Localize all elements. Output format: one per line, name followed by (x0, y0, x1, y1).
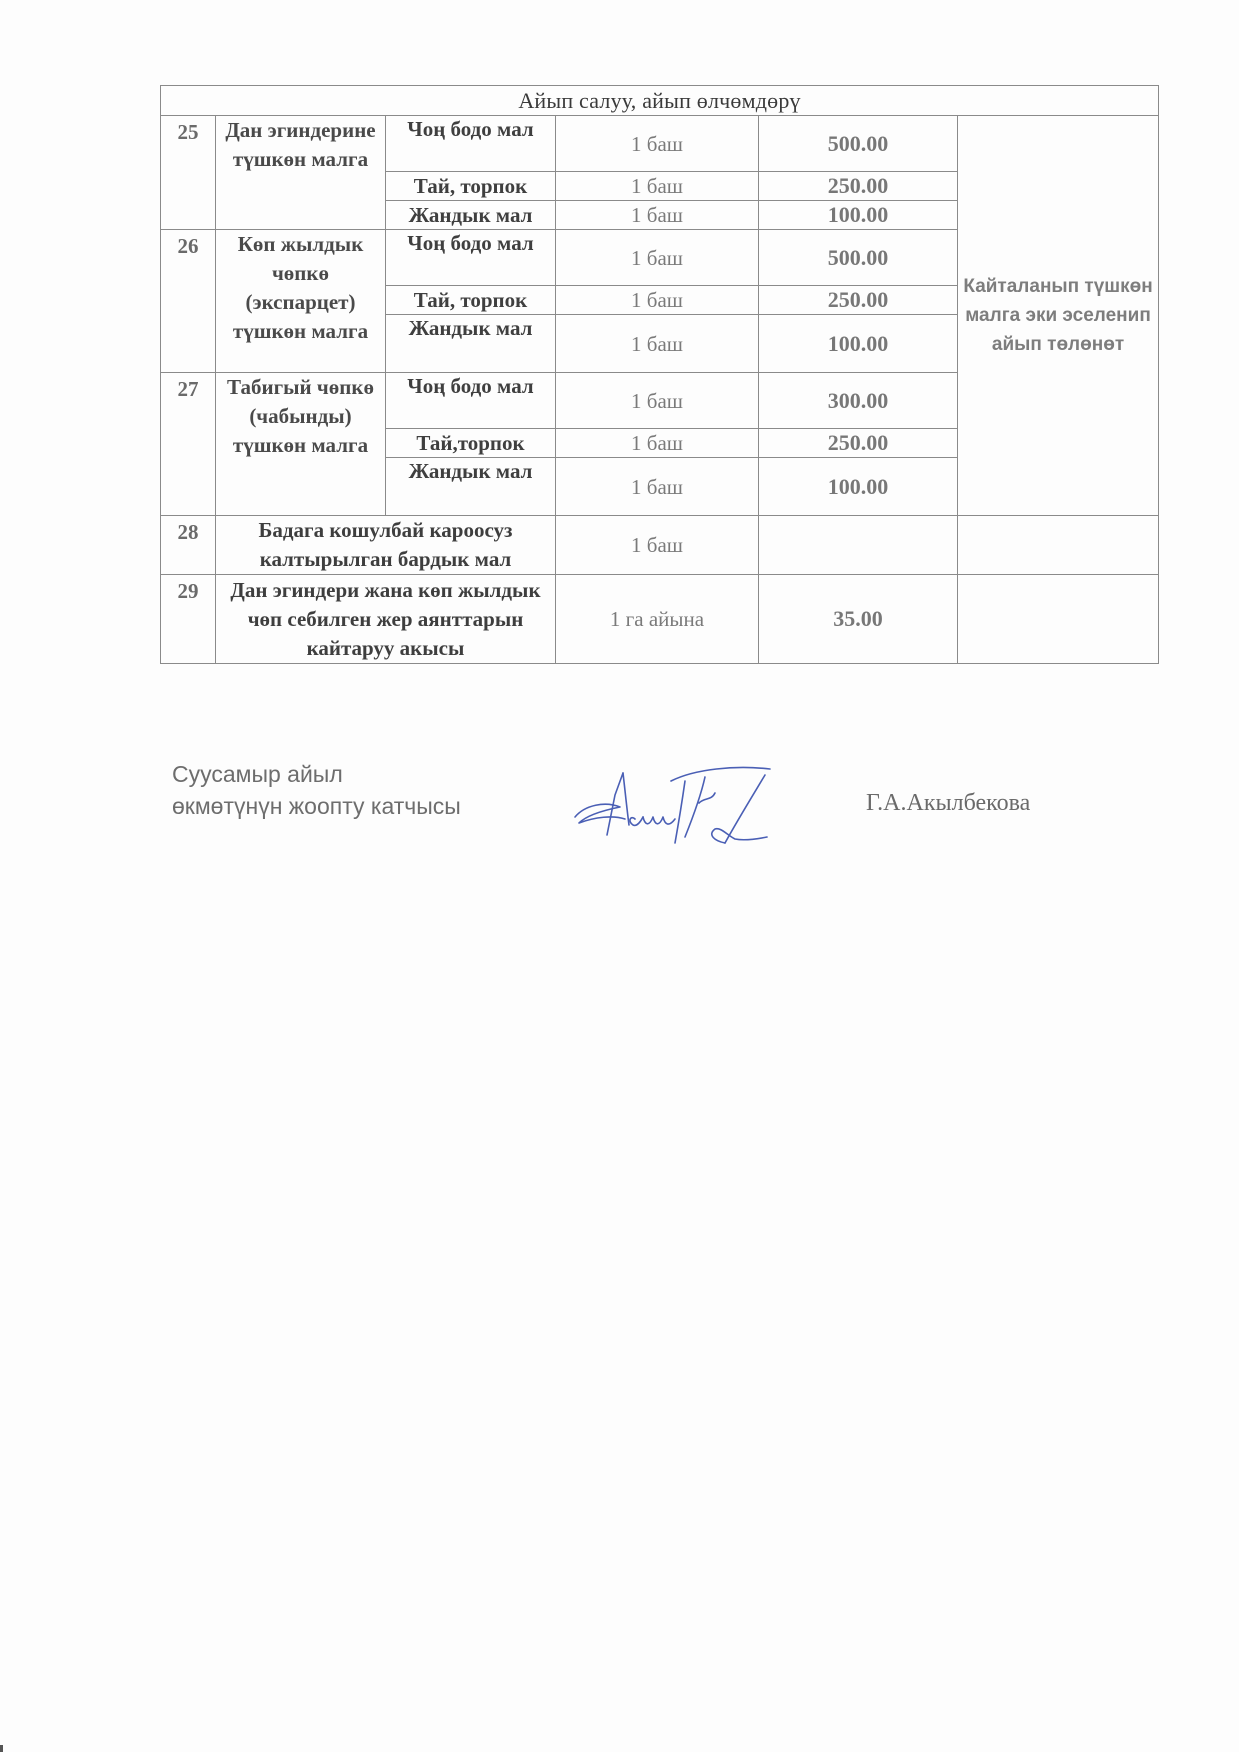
empty-note-cell (958, 575, 1159, 664)
signatory-position: Суусамыр айыл өкмөтүнүн жоопту катчысы (172, 758, 461, 822)
row-number: 26 (161, 230, 216, 373)
amount: 300.00 (759, 373, 958, 429)
animal-type: Чоң бодо мал (386, 373, 556, 429)
amount: 250.00 (759, 429, 958, 458)
amount: 35.00 (759, 575, 958, 664)
fines-table: Айып салуу, айып өлчөмдөрү 25 Дан эгинде… (160, 85, 1159, 664)
amount (759, 516, 958, 575)
row-description: Бадага кошулбай кароосуз калтырылган бар… (216, 516, 556, 575)
empty-note-cell (958, 516, 1159, 575)
unit: 1 баш (556, 429, 759, 458)
unit: 1 баш (556, 201, 759, 230)
table-row: 25 Дан эгиндерине түшкөн малга Чоң бодо … (161, 116, 1159, 172)
animal-type: Тай, торпок (386, 172, 556, 201)
amount: 100.00 (759, 315, 958, 373)
table-row: 29 Дан эгиндери жана көп жылдык чөп себи… (161, 575, 1159, 664)
row-category: Дан эгиндерине түшкөн малга (216, 116, 386, 230)
signatory-name: Г.А.Акылбекова (866, 790, 1030, 817)
amount: 500.00 (759, 116, 958, 172)
handwritten-signature-icon (565, 755, 805, 850)
animal-type: Чоң бодо мал (386, 230, 556, 286)
amount: 500.00 (759, 230, 958, 286)
animal-type: Чоң бодо мал (386, 116, 556, 172)
table-title: Айып салуу, айып өлчөмдөрү (161, 86, 1159, 116)
unit: 1 га айына (556, 575, 759, 664)
unit: 1 баш (556, 230, 759, 286)
row-description: Дан эгиндери жана көп жылдык чөп себилге… (216, 575, 556, 664)
unit: 1 баш (556, 315, 759, 373)
amount: 250.00 (759, 286, 958, 315)
animal-type: Тай, торпок (386, 286, 556, 315)
row-number: 25 (161, 116, 216, 230)
amount: 250.00 (759, 172, 958, 201)
scan-edge-mark (0, 1745, 3, 1752)
amount: 100.00 (759, 458, 958, 516)
unit: 1 баш (556, 172, 759, 201)
animal-type: Жандык мал (386, 458, 556, 516)
row-category: Көп жылдык чөпкө (экспарцет) түшкөн малг… (216, 230, 386, 373)
unit: 1 баш (556, 286, 759, 315)
animal-type: Тай,торпок (386, 429, 556, 458)
unit: 1 баш (556, 458, 759, 516)
row-category: Табигый чөпкө (чабынды) түшкөн малга (216, 373, 386, 516)
amount: 100.00 (759, 201, 958, 230)
row-number: 29 (161, 575, 216, 664)
position-line-1: Суусамыр айыл (172, 758, 461, 790)
position-line-2: өкмөтүнүн жоопту катчысы (172, 790, 461, 822)
unit: 1 баш (556, 116, 759, 172)
repeat-offense-note: Кайталанып түшкөн малга эки эселенип айы… (958, 116, 1159, 516)
unit: 1 баш (556, 516, 759, 575)
document-page: Айып салуу, айып өлчөмдөрү 25 Дан эгинде… (0, 0, 1239, 1752)
animal-type: Жандык мал (386, 315, 556, 373)
row-number: 27 (161, 373, 216, 516)
row-number: 28 (161, 516, 216, 575)
table-row: 28 Бадага кошулбай кароосуз калтырылган … (161, 516, 1159, 575)
animal-type: Жандык мал (386, 201, 556, 230)
unit: 1 баш (556, 373, 759, 429)
